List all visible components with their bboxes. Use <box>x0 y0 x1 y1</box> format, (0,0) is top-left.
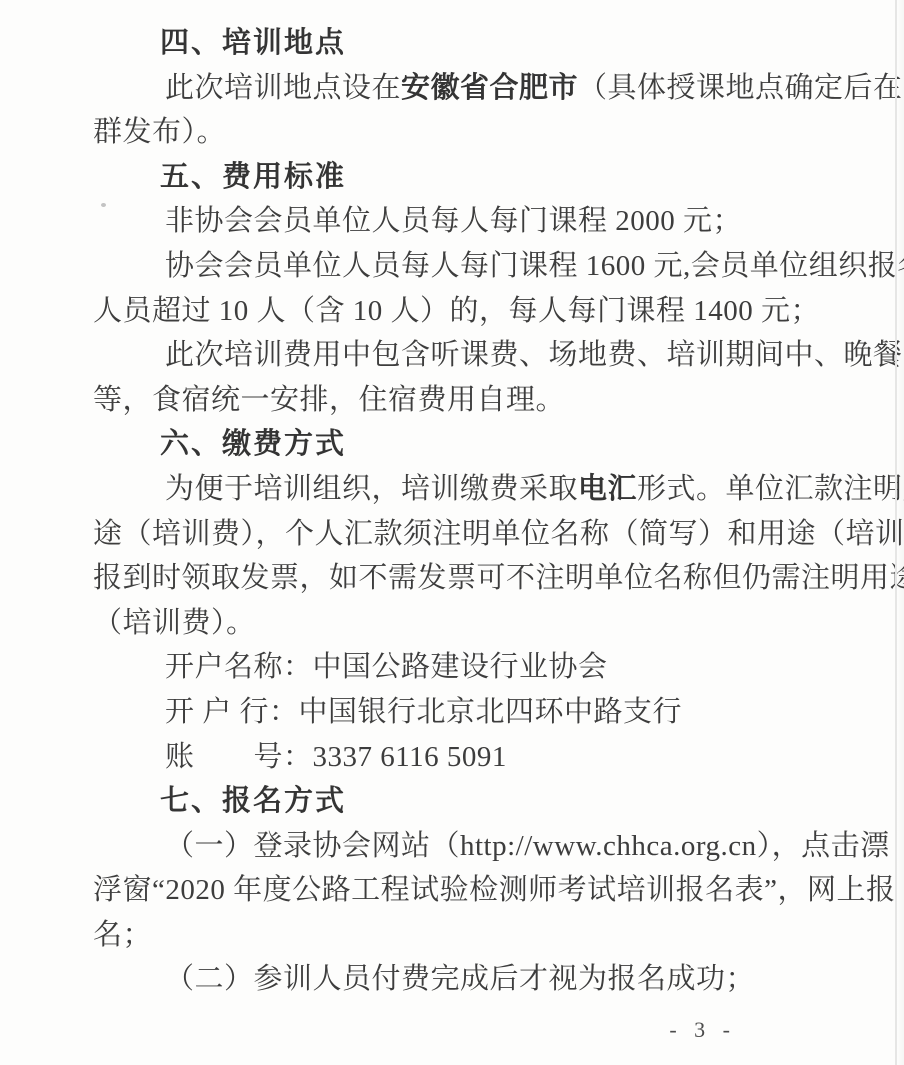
text-line: （培训费）。 <box>93 601 879 646</box>
text-line: 报到时领取发票，如不需发票可不注明单位名称但仍需注明用途 <box>93 556 879 601</box>
text-segment: 非协会会员单位人员每人每门课程 2000 元； <box>165 205 742 237</box>
text-segment: 名； <box>93 919 152 951</box>
text-segment: 等，食宿统一安排，住宿费用自理。 <box>93 384 565 416</box>
text-segment: 群发布）。 <box>93 116 226 148</box>
text-line: 浮窗“2020 年度公路工程试验检测师考试培训报名表”，网上报 <box>93 868 879 913</box>
emphasis-text: 安徽省合肥市 <box>401 72 578 104</box>
text-segment: （一）登录协会网站（http://www.chhca.org.cn），点击漂 <box>165 830 890 862</box>
section-heading: 五、费用标准 <box>160 155 879 200</box>
section-heading: 七、报名方式 <box>160 779 879 824</box>
scan-speck <box>101 203 106 207</box>
text-segment: 浮窗“2020 年度公路工程试验检测师考试培训报名表”，网上报 <box>93 874 896 906</box>
text-line: 开户名称：中国公路建设行业协会 <box>93 645 879 690</box>
text-segment: 为便于培训组织，培训缴费采取 <box>165 473 578 505</box>
page-number: - 3 - <box>669 1017 736 1043</box>
text-line: （一）登录协会网站（http://www.chhca.org.cn），点击漂 <box>93 824 879 869</box>
text-segment: 开 户 行：中国银行北京北四环中路支行 <box>165 696 682 728</box>
text-line: 名； <box>93 913 879 958</box>
text-segment: 人员超过 10 人（含 10 人）的，每人每门课程 1400 元； <box>93 295 820 327</box>
text-line: 为便于培训组织，培训缴费采取电汇形式。单位汇款注明用 <box>93 467 879 512</box>
text-line: （二）参训人员付费完成后才视为报名成功； <box>93 957 879 1002</box>
text-line: 开 户 行：中国银行北京北四环中路支行 <box>93 690 879 735</box>
text-line: 人员超过 10 人（含 10 人）的，每人每门课程 1400 元； <box>93 289 879 334</box>
text-segment: 账 号：3337 6116 5091 <box>165 741 507 773</box>
text-line: 途（培训费），个人汇款须注明单位名称（简写）和用途（培训费）， <box>93 512 879 557</box>
text-line: 此次培训费用中包含听课费、场地费、培训期间中、晚餐费 <box>93 333 879 378</box>
scan-speck <box>131 299 135 303</box>
text-segment: 协会会员单位人员每人每门课程 1600 元,会员单位组织报名 <box>165 250 904 282</box>
text-segment: （具体授课地点确定后在 QQ <box>578 72 904 104</box>
scanned-document-page: 四、培训地点此次培训地点设在安徽省合肥市（具体授课地点确定后在 QQ群发布）。五… <box>0 0 904 1065</box>
text-line: 协会会员单位人员每人每门课程 1600 元,会员单位组织报名 <box>93 244 879 289</box>
scan-edge-shadow <box>897 0 904 1065</box>
text-segment: （二）参训人员付费完成后才视为报名成功； <box>165 963 755 995</box>
text-line: 群发布）。 <box>93 110 879 155</box>
emphasis-text: 六、缴费方式 <box>160 428 346 460</box>
text-segment: 报到时领取发票，如不需发票可不注明单位名称但仍需注明用途 <box>93 562 904 594</box>
text-segment: （培训费）。 <box>93 607 256 639</box>
emphasis-text: 五、费用标准 <box>160 161 346 193</box>
emphasis-text: 电汇 <box>578 473 637 505</box>
text-line: 此次培训地点设在安徽省合肥市（具体授课地点确定后在 QQ <box>93 66 879 111</box>
emphasis-text: 四、培训地点 <box>160 27 346 59</box>
emphasis-text: 七、报名方式 <box>160 785 346 817</box>
document-body: 四、培训地点此次培训地点设在安徽省合肥市（具体授课地点确定后在 QQ群发布）。五… <box>93 21 879 1002</box>
text-line: 账 号：3337 6116 5091 <box>93 735 879 780</box>
section-heading: 四、培训地点 <box>160 21 879 66</box>
text-segment: 途（培训费），个人汇款须注明单位名称（简写）和用途（培训费）， <box>93 518 904 550</box>
text-segment: 开户名称：中国公路建设行业协会 <box>165 651 608 683</box>
section-heading: 六、缴费方式 <box>160 422 879 467</box>
text-segment: 此次培训地点设在 <box>165 72 401 104</box>
text-line: 非协会会员单位人员每人每门课程 2000 元； <box>93 199 879 244</box>
text-segment: 此次培训费用中包含听课费、场地费、培训期间中、晚餐费 <box>165 339 904 371</box>
text-line: 等，食宿统一安排，住宿费用自理。 <box>93 378 879 423</box>
text-segment: 形式。单位汇款注明用 <box>637 473 904 505</box>
